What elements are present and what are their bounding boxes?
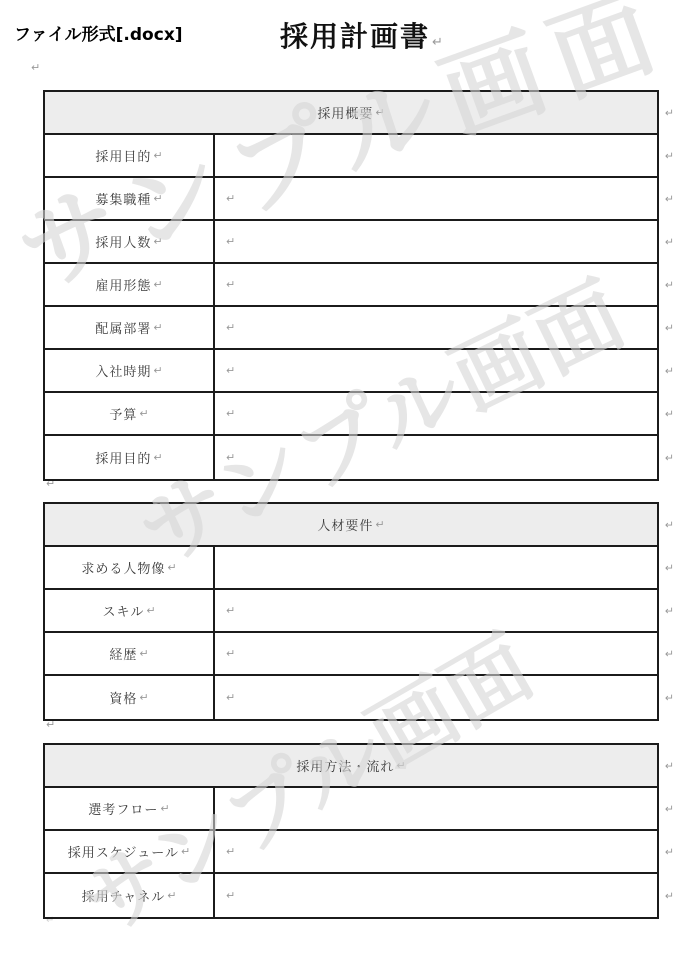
table-header-label: 採用方法・流れ — [296, 756, 394, 775]
row-end-pilcrow-icon: ↵ — [665, 648, 674, 659]
row-label-cell: 採用人数↵ — [45, 221, 215, 262]
row-value-cell — [215, 547, 657, 588]
pilcrow-icon: ↵ — [226, 193, 235, 204]
row-label-cell: 選考フロー↵ — [45, 788, 215, 829]
pilcrow-icon: ↵ — [226, 236, 235, 247]
pilcrow-icon: ↵ — [160, 803, 169, 814]
table-row: 経歴↵↵↵ — [45, 633, 657, 676]
row-label: 雇用形態 — [95, 275, 151, 294]
table-row: 募集職種↵↵↵ — [45, 178, 657, 221]
table-row: 資格↵↵↵ — [45, 676, 657, 719]
pilcrow-icon: ↵ — [153, 193, 162, 204]
table-row: 配属部署↵↵↵ — [45, 307, 657, 350]
row-label: 入社時期 — [95, 361, 151, 380]
pilcrow-icon: ↵ — [375, 107, 384, 118]
row-value-cell — [215, 788, 657, 829]
document-page: ファイル形式[.docx] 採用計画書↵ ↵ ↵ ↵ ↵ 採用概要↵↵採用目的↵… — [0, 0, 687, 972]
table-header-label: 人材要件 — [317, 515, 373, 534]
row-value-cell: ↵ — [215, 264, 657, 305]
pilcrow-icon: ↵ — [226, 279, 235, 290]
row-label: スキル — [102, 601, 144, 620]
row-end-pilcrow-icon: ↵ — [665, 107, 674, 118]
pilcrow-icon: ↵ — [226, 692, 235, 703]
table-row: 採用目的↵↵ — [45, 135, 657, 178]
row-end-pilcrow-icon: ↵ — [665, 803, 674, 814]
pilcrow-icon: ↵ — [153, 322, 162, 333]
row-label: 採用人数 — [95, 232, 151, 251]
table-header-row: 採用概要↵↵ — [45, 92, 657, 135]
pilcrow-icon: ↵ — [167, 562, 176, 573]
row-end-pilcrow-icon: ↵ — [665, 408, 674, 419]
pilcrow-icon: ↵ — [153, 452, 162, 463]
row-label-cell: 雇用形態↵ — [45, 264, 215, 305]
pilcrow-icon: ↵ — [153, 150, 162, 161]
row-label-cell: 募集職種↵ — [45, 178, 215, 219]
row-end-pilcrow-icon: ↵ — [665, 452, 674, 463]
pilcrow-icon: ↵ — [226, 322, 235, 333]
row-end-pilcrow-icon: ↵ — [665, 365, 674, 376]
row-label: 選考フロー — [88, 799, 158, 818]
pilcrow-icon: ↵ — [432, 35, 443, 50]
row-end-pilcrow-icon: ↵ — [665, 279, 674, 290]
pilcrow-icon: ↵ — [226, 408, 235, 419]
row-value-cell: ↵ — [215, 221, 657, 262]
row-value-cell: ↵ — [215, 874, 657, 917]
row-end-pilcrow-icon: ↵ — [665, 846, 674, 857]
table-row: 雇用形態↵↵↵ — [45, 264, 657, 307]
row-end-pilcrow-icon: ↵ — [665, 562, 674, 573]
document-title: 採用計画書 — [280, 20, 430, 53]
row-label-cell: 資格↵ — [45, 676, 215, 719]
row-value-cell: ↵ — [215, 350, 657, 391]
row-label: 求める人物像 — [81, 558, 165, 577]
row-label-cell: スキル↵ — [45, 590, 215, 631]
pilcrow-icon: ↵ — [153, 236, 162, 247]
table-row: 入社時期↵↵↵ — [45, 350, 657, 393]
row-label-cell: 採用目的↵ — [45, 436, 215, 479]
row-end-pilcrow-icon: ↵ — [665, 890, 674, 901]
row-label: 経歴 — [109, 644, 137, 663]
table-row: 採用目的↵↵↵ — [45, 436, 657, 479]
row-label-cell: 経歴↵ — [45, 633, 215, 674]
row-end-pilcrow-icon: ↵ — [665, 236, 674, 247]
table-header-cell: 人材要件↵ — [45, 504, 657, 545]
pilcrow-icon: ↵ — [139, 692, 148, 703]
row-value-cell: ↵ — [215, 307, 657, 348]
row-label-cell: 採用チャネル↵ — [45, 874, 215, 917]
table-header-row: 人材要件↵↵ — [45, 504, 657, 547]
pilcrow-icon: ↵ — [226, 365, 235, 376]
row-value-cell: ↵ — [215, 436, 657, 479]
table-header-cell: 採用概要↵ — [45, 92, 657, 133]
row-end-pilcrow-icon: ↵ — [665, 760, 674, 771]
row-label: 採用スケジュール — [68, 842, 179, 861]
row-label: 募集職種 — [95, 189, 151, 208]
row-label-cell: 採用スケジュール↵ — [45, 831, 215, 872]
table-row: 選考フロー↵↵ — [45, 788, 657, 831]
table-row: 予算↵↵↵ — [45, 393, 657, 436]
title-row: 採用計画書↵ — [0, 15, 687, 55]
row-end-pilcrow-icon: ↵ — [665, 519, 674, 530]
table-header-cell: 採用方法・流れ↵ — [45, 745, 657, 786]
table-header-label: 採用概要 — [317, 103, 373, 122]
pilcrow-icon: ↵ — [139, 408, 148, 419]
row-value-cell: ↵ — [215, 676, 657, 719]
row-label: 資格 — [109, 688, 137, 707]
row-end-pilcrow-icon: ↵ — [665, 193, 674, 204]
row-value-cell — [215, 135, 657, 176]
pilcrow-icon: ↵ — [226, 648, 235, 659]
row-label-cell: 採用目的↵ — [45, 135, 215, 176]
table-header-row: 採用方法・流れ↵↵ — [45, 745, 657, 788]
row-end-pilcrow-icon: ↵ — [665, 322, 674, 333]
row-end-pilcrow-icon: ↵ — [665, 692, 674, 703]
table-recruitment-overview: 採用概要↵↵採用目的↵↵募集職種↵↵↵採用人数↵↵↵雇用形態↵↵↵配属部署↵↵↵… — [43, 90, 659, 481]
pilcrow-icon: ↵ — [226, 890, 235, 901]
row-label-cell: 配属部署↵ — [45, 307, 215, 348]
pilcrow-icon: ↵ — [226, 846, 235, 857]
row-label-cell: 求める人物像↵ — [45, 547, 215, 588]
row-label: 配属部署 — [95, 318, 151, 337]
pilcrow-icon: ↵ — [139, 648, 148, 659]
row-label-cell: 入社時期↵ — [45, 350, 215, 391]
table-row: スキル↵↵↵ — [45, 590, 657, 633]
row-value-cell: ↵ — [215, 633, 657, 674]
pilcrow-icon: ↵ — [181, 846, 190, 857]
table-candidate-requirements: 人材要件↵↵求める人物像↵↵スキル↵↵↵経歴↵↵↵資格↵↵↵ — [43, 502, 659, 721]
row-end-pilcrow-icon: ↵ — [665, 605, 674, 616]
pilcrow-icon: ↵ — [153, 279, 162, 290]
row-label: 採用チャネル — [82, 886, 166, 905]
pilcrow-icon: ↵ — [153, 365, 162, 376]
row-value-cell: ↵ — [215, 831, 657, 872]
row-label: 予算 — [109, 404, 137, 423]
row-end-pilcrow-icon: ↵ — [665, 150, 674, 161]
pilcrow-icon: ↵ — [226, 605, 235, 616]
row-value-cell: ↵ — [215, 393, 657, 434]
pilcrow-icon: ↵ — [31, 62, 40, 73]
row-label-cell: 予算↵ — [45, 393, 215, 434]
pilcrow-icon: ↵ — [167, 890, 176, 901]
pilcrow-icon: ↵ — [146, 605, 155, 616]
pilcrow-icon: ↵ — [226, 452, 235, 463]
table-row: 採用チャネル↵↵↵ — [45, 874, 657, 917]
pilcrow-icon: ↵ — [396, 760, 405, 771]
table-row: 採用スケジュール↵↵↵ — [45, 831, 657, 874]
table-row: 採用人数↵↵↵ — [45, 221, 657, 264]
pilcrow-icon: ↵ — [375, 519, 384, 530]
row-label: 採用目的 — [95, 146, 151, 165]
table-row: 求める人物像↵↵ — [45, 547, 657, 590]
table-recruitment-process: 採用方法・流れ↵↵選考フロー↵↵採用スケジュール↵↵↵採用チャネル↵↵↵ — [43, 743, 659, 919]
row-value-cell: ↵ — [215, 178, 657, 219]
row-value-cell: ↵ — [215, 590, 657, 631]
row-label: 採用目的 — [95, 448, 151, 467]
